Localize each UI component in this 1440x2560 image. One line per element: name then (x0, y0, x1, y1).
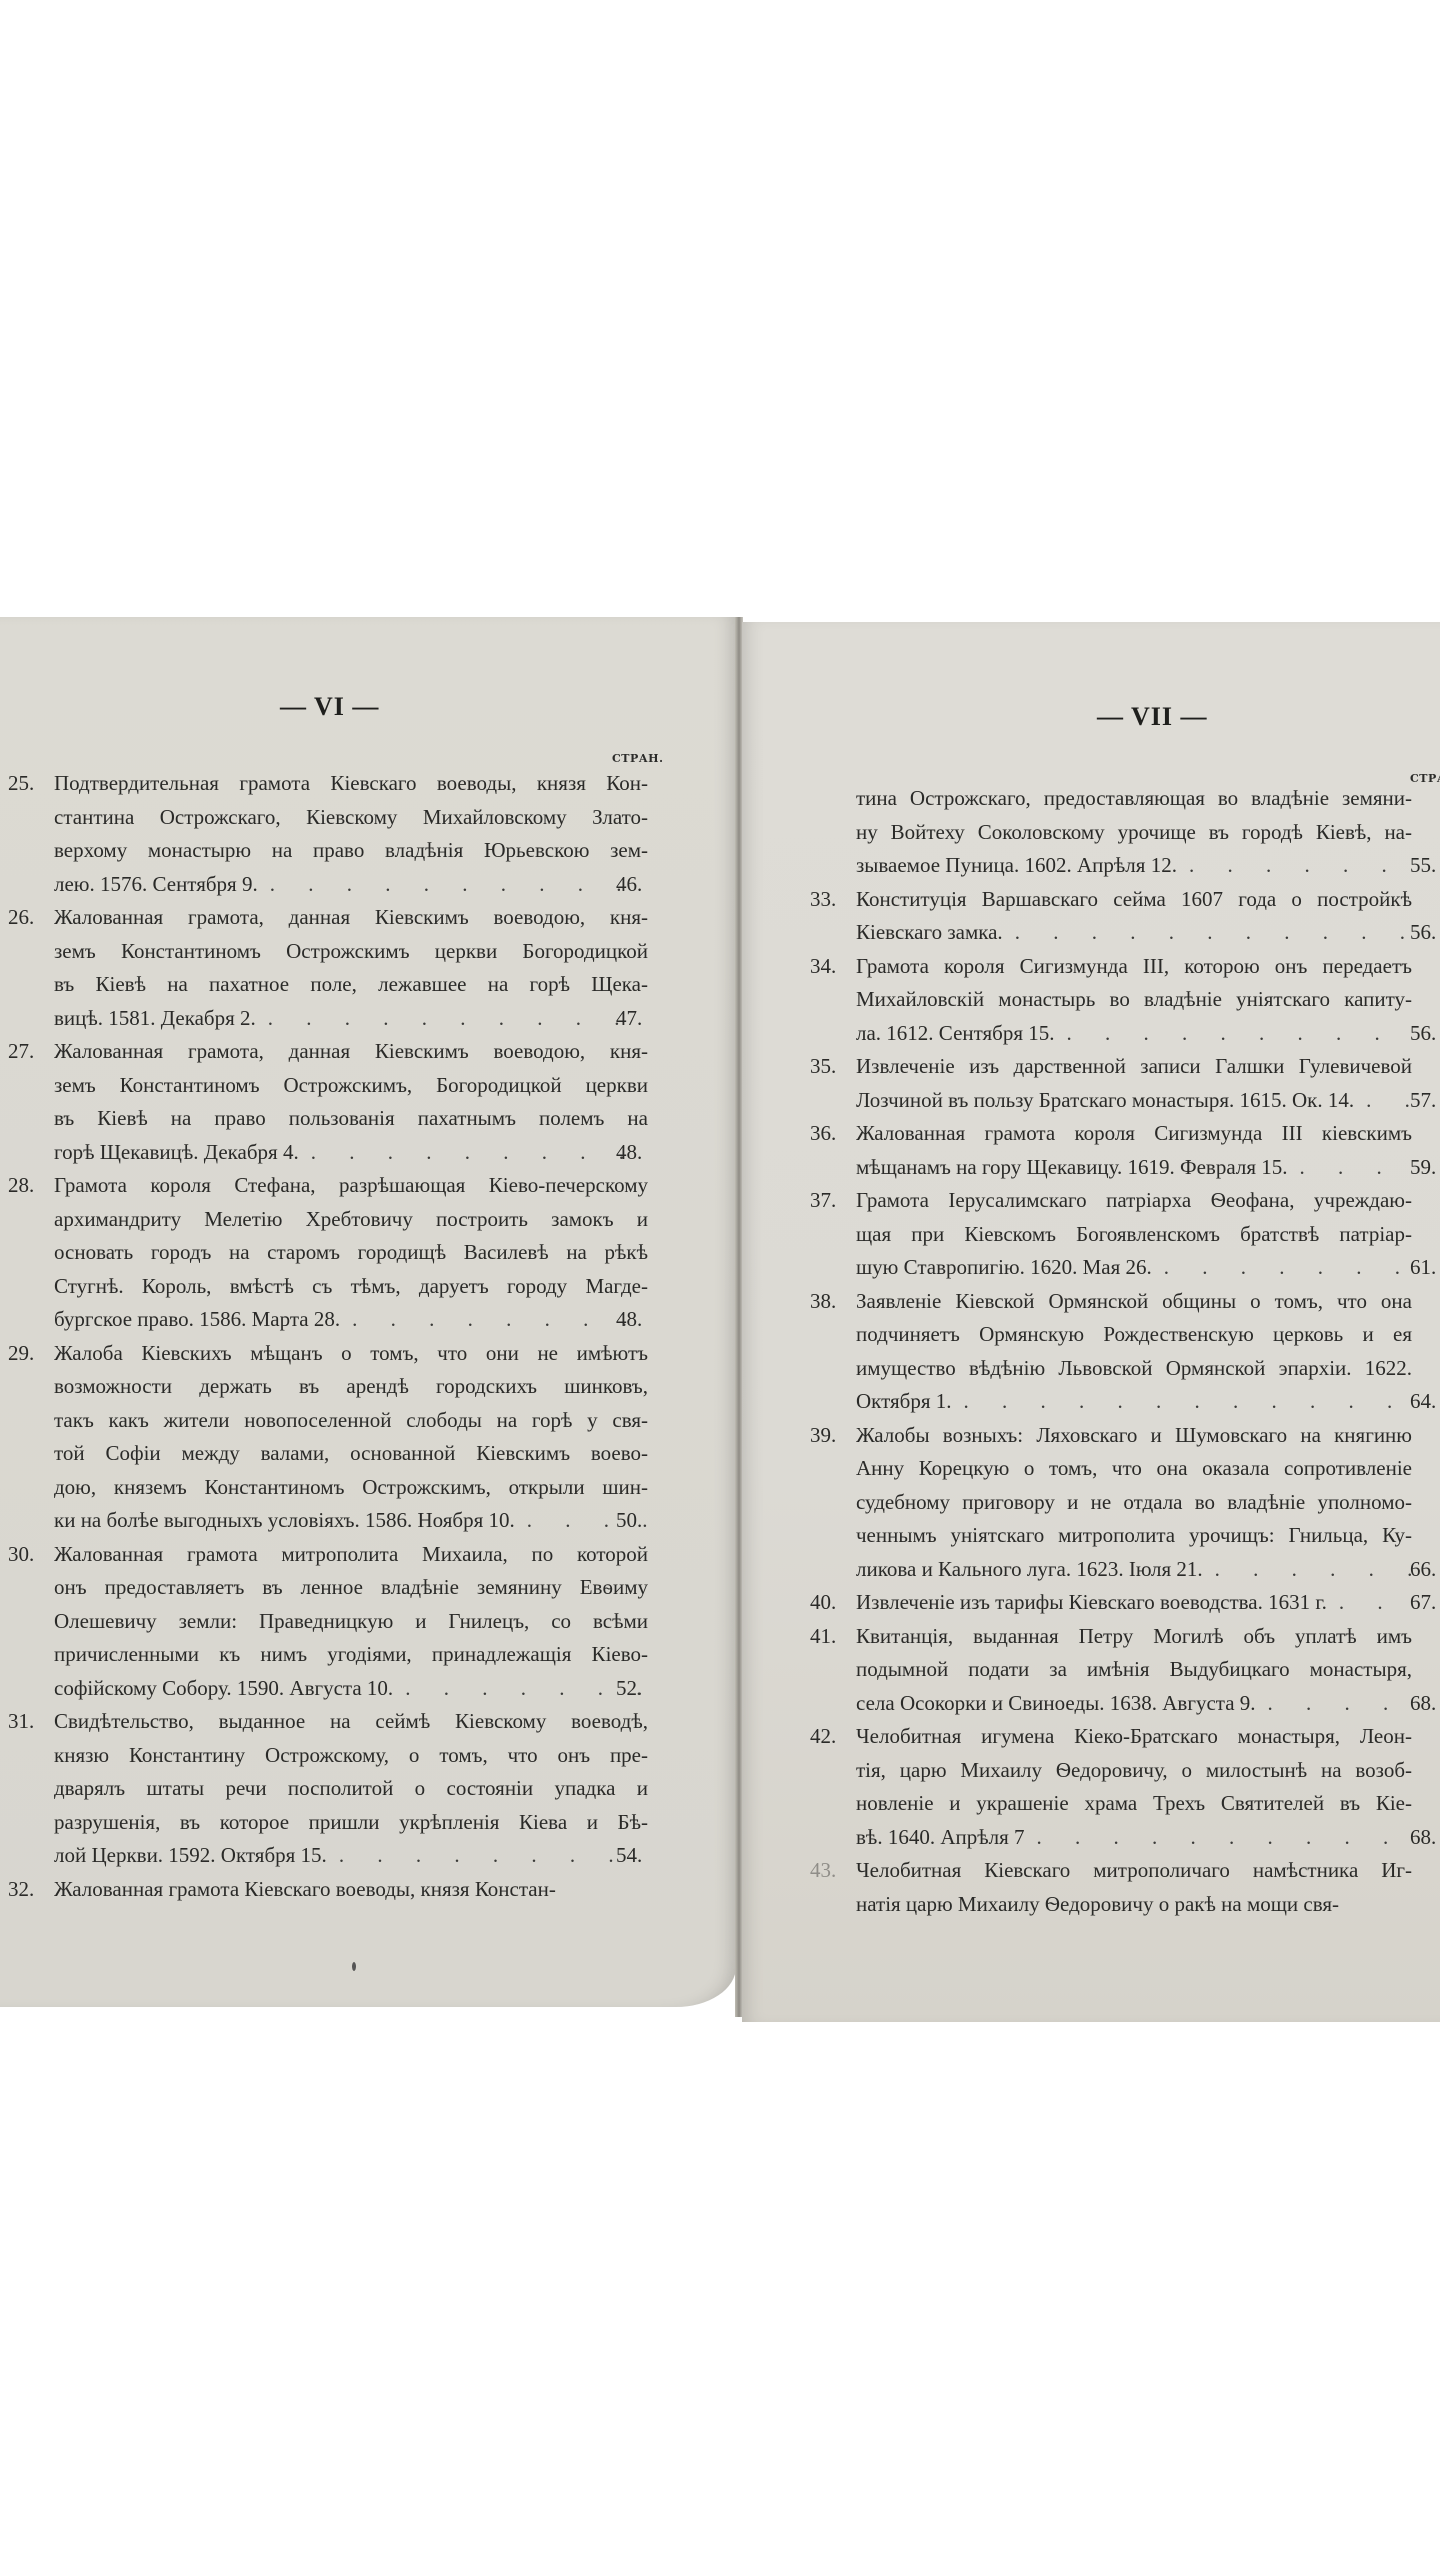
running-head: — VII — (1097, 702, 1208, 732)
entry-line: горѣ Щекавицѣ. Декабря 4.. . . . . . . .… (54, 1136, 648, 1170)
right-page: — VII — СТРАН. 55.тина Острожскаго, пред… (742, 622, 1440, 2022)
entry-line: причисленными къ нимъ угодіями, принадле… (54, 1638, 648, 1672)
entry-line: Грамота короля Сигизмунда III, которою о… (856, 950, 1412, 984)
dot-leader: . . . . . . . . . . . . . . . . . . . . … (952, 1385, 1413, 1419)
entry-line: Извлеченіе изъ дарственной записи Галшки… (856, 1050, 1412, 1084)
running-head: — VI — (280, 692, 379, 722)
toc-entry: 32.Жалованная грамота Кіевскаго воеводы,… (8, 1873, 648, 1907)
toc-entries-left: 25.46.Подтвердительная грамота Кіевскаго… (8, 767, 648, 1906)
entry-line: зываемое Пуница. 1602. Апрѣля 12.. . . .… (856, 849, 1412, 883)
dot-leader: . . . . . . . . . . . . . . . . . . . . … (256, 1002, 648, 1036)
entry-line: Жалованная грамота, данная Кіевскимъ вое… (54, 1035, 648, 1069)
entry-line: подымной подати за имѣнія Выдубицкаго мо… (856, 1653, 1412, 1687)
page-number: 68. (1410, 1821, 1436, 1855)
entry-line: ки на болѣе выгодныхъ условіяхъ. 1586. Н… (54, 1504, 648, 1538)
toc-entry: 29.50.Жалоба Кіевскихъ мѣщанъ о томъ, чт… (8, 1337, 648, 1538)
entry-line: Анну Корецкую о томъ, что она оказала со… (856, 1452, 1412, 1486)
entry-line: архимандриту Мелетію Хребтовичу построит… (54, 1203, 648, 1237)
entry-line: разрушенія, въ которое пришли укрѣпленія… (54, 1806, 648, 1840)
entry-number: 41. (810, 1620, 836, 1654)
page-number: 67. (1410, 1586, 1436, 1620)
toc-entry: 25.46.Подтвердительная грамота Кіевскаго… (8, 767, 648, 901)
page-number: 59. (1410, 1151, 1436, 1185)
column-head-pages: СТРАН. (1410, 772, 1440, 785)
entry-number: 39. (810, 1419, 836, 1453)
toc-entry: 42.68.Челобитная игумена Кіеко-Братскаго… (810, 1720, 1412, 1854)
entry-line: Грамота короля Стефана, разрѣшающая Кіев… (54, 1169, 648, 1203)
toc-entry: 28.48.Грамота короля Стефана, разрѣшающа… (8, 1169, 648, 1337)
toc-entry: 41.68.Квитанція, выданная Петру Могилѣ о… (810, 1620, 1412, 1721)
entry-line: Октября 1.. . . . . . . . . . . . . . . … (856, 1385, 1412, 1419)
entry-line: лею. 1576. Сентября 9.. . . . . . . . . … (54, 868, 648, 902)
column-head-pages: СТРАН. (612, 752, 663, 765)
dot-leader: . . . . . . . . . . . . . . . . . . . . … (1256, 1687, 1412, 1721)
entry-line: Челобитная игумена Кіеко-Братскаго монас… (856, 1720, 1412, 1754)
entry-number: 31. (8, 1705, 34, 1739)
entry-line: Кіевскаго замка.. . . . . . . . . . . . … (856, 916, 1412, 950)
entry-line: въ Кіевѣ на право пользованія пахатнымъ … (54, 1102, 648, 1136)
entry-line: ликова и Кального луга. 1623. Іюля 21.. … (856, 1553, 1412, 1587)
entry-line: земъ Константиномъ Острожскимъ церкви Бо… (54, 935, 648, 969)
entry-line: въ Кіевѣ на пахатное поле, лежавшее на г… (54, 968, 648, 1002)
entry-line: Свидѣтельство, выданное на сеймѣ Кіевско… (54, 1705, 648, 1739)
entry-line: имущество вѣдѣнію Львовской Ормянской эп… (856, 1352, 1412, 1386)
entry-line: возможности держать въ арендѣ городскихъ… (54, 1370, 648, 1404)
dot-leader: . . . . . . . . . . . . . . . . . . . . … (258, 868, 648, 902)
page-number: 56. (1410, 1017, 1436, 1051)
dot-leader: . . . . . . . . . . . . . . . . . . . . … (1152, 1251, 1412, 1285)
entry-line: вѣ. 1640. Апрѣля 7. . . . . . . . . . . … (856, 1821, 1412, 1855)
entry-line: Жалованная грамота, данная Кіевскимъ вое… (54, 901, 648, 935)
entry-number: 35. (810, 1050, 836, 1084)
dot-leader: . . . . . . . . . . . . . . . . . . . . … (1354, 1084, 1412, 1118)
dot-leader: . . . . . . . . . . . . . . . . . . . . … (1177, 849, 1412, 883)
entry-line: Жалованная грамота короля Сигизмунда III… (856, 1117, 1412, 1151)
dot-leader: . . . . . . . . . . . . . . . . . . . . … (1203, 1553, 1412, 1587)
entry-line: Извлеченіе изъ тарифы Кіевскаго воеводст… (856, 1586, 1412, 1620)
entry-number: 25. (8, 767, 34, 801)
toc-entry: 36.59.Жалованная грамота короля Сигизмун… (810, 1117, 1412, 1184)
entry-number: 28. (8, 1169, 34, 1203)
entry-number: 32. (8, 1873, 34, 1907)
entry-line: земъ Константиномъ Острожскимъ, Богороди… (54, 1069, 648, 1103)
entry-number: 40. (810, 1586, 836, 1620)
toc-entry: 38.64.Заявленіе Кіевской Ормянской общин… (810, 1285, 1412, 1419)
entry-line: тія, царю Михаилу Ѳедоровичу, о милостын… (856, 1754, 1412, 1788)
entry-number: 42. (810, 1720, 836, 1754)
entry-line: натія царю Михаилу Ѳедоровичу о ракѣ на … (856, 1888, 1412, 1922)
entry-line: шую Ставропигію. 1620. Мая 26.. . . . . … (856, 1251, 1412, 1285)
entry-number: 36. (810, 1117, 836, 1151)
dot-leader: . . . . . . . . . . . . . . . . . . . . … (1025, 1821, 1412, 1855)
page-number: 57. (1410, 1084, 1436, 1118)
toc-entry: 43.Челобитная Кіевскаго митрополичаго на… (810, 1854, 1412, 1921)
entry-line: Жалованная грамота Кіевскаго воеводы, кн… (54, 1873, 648, 1907)
entry-line: верхому монастырю на право владѣнія Юрье… (54, 834, 648, 868)
entry-line: Квитанція, выданная Петру Могилѣ объ упл… (856, 1620, 1412, 1654)
toc-entry: 33.56.Конституція Варшавскаго сейма 1607… (810, 883, 1412, 950)
entry-line: той Софіи между валами, основанной Кіевс… (54, 1437, 648, 1471)
toc-entry: 39.66.Жалобы возныхъ: Ляховскаго и Шумов… (810, 1419, 1412, 1587)
entry-number: 33. (810, 883, 836, 917)
entry-line: стантина Острожскаго, Кіевскому Михайлов… (54, 801, 648, 835)
entry-line: села Осокорки и Свиноеды. 1638. Августа … (856, 1687, 1412, 1721)
entry-line: ченнымъ уніятскаго митрополита урочищъ: … (856, 1519, 1412, 1553)
entry-line: новленіе и украшеніе храма Трехъ Святите… (856, 1787, 1412, 1821)
page-number: 64. (1410, 1385, 1436, 1419)
toc-entry: 30.52.Жалованная грамота митрополита Мих… (8, 1538, 648, 1706)
entry-line: Челобитная Кіевскаго митрополичаго намѣс… (856, 1854, 1412, 1888)
toc-entry: 40.67.Извлеченіе изъ тарифы Кіевскаго во… (810, 1586, 1412, 1620)
entry-line: такъ какъ жители новопоселенной слободы … (54, 1404, 648, 1438)
entry-number: 34. (810, 950, 836, 984)
left-page: — VI — СТРАН. 25.46.Подтвердительная гра… (0, 617, 736, 2007)
entry-line: дварялъ штаты речи посполитой о состояні… (54, 1772, 648, 1806)
dot-leader: . . . . . . . . . . . . . . . . . . . . … (299, 1136, 648, 1170)
page-number: 66. (1410, 1553, 1436, 1587)
entry-line: Грамота Іерусалимскаго патріарха Ѳеофана… (856, 1184, 1412, 1218)
entry-number: 38. (810, 1285, 836, 1319)
entry-line: бургское право. 1586. Марта 28.. . . . .… (54, 1303, 648, 1337)
dot-leader: . . . . . . . . . . . . . . . . . . . . … (340, 1303, 648, 1337)
entry-line: Лозчиной въ пользу Братскаго монастыря. … (856, 1084, 1412, 1118)
entry-number: 30. (8, 1538, 34, 1572)
entry-line: Стугнѣ. Король, вмѣстѣ съ тѣмъ, даруетъ … (54, 1270, 648, 1304)
entry-line: мѣщанамъ на гору Щекавицу. 1619. Февраля… (856, 1151, 1412, 1185)
toc-entry: 37.61.Грамота Іерусалимскаго патріарха Ѳ… (810, 1184, 1412, 1285)
entry-line: Заявленіе Кіевской Ормянской общины о то… (856, 1285, 1412, 1319)
page-number: 61. (1410, 1251, 1436, 1285)
entry-line: тина Острожскаго, предоставляющая во вла… (856, 782, 1412, 816)
toc-entry: 34.56.Грамота короля Сигизмунда III, кот… (810, 950, 1412, 1051)
entry-number: 37. (810, 1184, 836, 1218)
entry-number: 29. (8, 1337, 34, 1371)
dot-leader: . . . . . . . . . . . . . . . . . . . . … (1287, 1151, 1412, 1185)
entry-line: софійскому Собору. 1590. Августа 10.. . … (54, 1672, 648, 1706)
dot-leader: . . . . . . . . . . . . . . . . . . . . … (327, 1839, 648, 1873)
toc-entries-right: 55.тина Острожскаго, предоставляющая во … (810, 782, 1412, 1921)
entry-line: онъ предоставляетъ въ ленное владѣніе зе… (54, 1571, 648, 1605)
page-number: 55. (1410, 849, 1436, 883)
toc-entry: 26.47.Жалованная грамота, данная Кіевски… (8, 901, 648, 1035)
toc-entry: 27.48.Жалованная грамота, данная Кіевски… (8, 1035, 648, 1169)
entry-line: Олешевичу земли: Праведницкую и Гнилецъ,… (54, 1605, 648, 1639)
entry-number: 27. (8, 1035, 34, 1069)
entry-line: Михайловскій монастырь во владѣніе уніят… (856, 983, 1412, 1017)
entry-number: 43. (810, 1854, 836, 1888)
entry-line: основать городъ на старомъ городищѣ Васи… (54, 1236, 648, 1270)
toc-entry: 31.54.Свидѣтельство, выданное на сеймѣ К… (8, 1705, 648, 1873)
entry-line: Конституція Варшавскаго сейма 1607 года … (856, 883, 1412, 917)
dot-leader: . . . . . . . . . . . . . . . . . . . . … (1003, 916, 1412, 950)
toc-entry: 35.57.Извлеченіе изъ дарственной записи … (810, 1050, 1412, 1117)
dot-leader: . . . . . . . . . . . . . . . . . . . . … (1055, 1017, 1412, 1051)
entry-line: лой Церкви. 1592. Октября 15.. . . . . .… (54, 1839, 648, 1873)
entry-line: Жалоба Кіевскихъ мѣщанъ о томъ, что они … (54, 1337, 648, 1371)
entry-line: князю Константину Острожскому, о томъ, ч… (54, 1739, 648, 1773)
dot-leader: . . . . . . . . . . . . . . . . . . . . … (393, 1672, 648, 1706)
entry-line: ла. 1612. Сентября 15.. . . . . . . . . … (856, 1017, 1412, 1051)
entry-line: вицѣ. 1581. Декабря 2.. . . . . . . . . … (54, 1002, 648, 1036)
entry-line: дою, княземъ Константиномъ Острожскимъ, … (54, 1471, 648, 1505)
page-number: 68. (1410, 1687, 1436, 1721)
entry-line: Жалованная грамота митрополита Михаила, … (54, 1538, 648, 1572)
entry-line: судебному приговору и не отдала во владѣ… (856, 1486, 1412, 1520)
dot-leader: . . . . . . . . . . . . . . . . . . . . … (515, 1504, 648, 1538)
entry-line: Подтвердительная грамота Кіевскаго воево… (54, 767, 648, 801)
toc-entry: 55.тина Острожскаго, предоставляющая во … (810, 782, 1412, 883)
entry-line: подчиняетъ Ормянскую Рождественскую церк… (856, 1318, 1412, 1352)
entry-line: ну Войтеху Соколовскому урочище въ город… (856, 816, 1412, 850)
paper-speck (352, 1962, 356, 1971)
entry-line: щая при Кіевскомъ Богоявленскомъ братств… (856, 1218, 1412, 1252)
entry-number: 26. (8, 901, 34, 935)
entry-line: Жалобы возныхъ: Ляховскаго и Шумовскаго … (856, 1419, 1412, 1453)
page-number: 56. (1410, 916, 1436, 950)
dot-leader: . . . . . . . . . . . . . . . . . . . . … (1327, 1586, 1412, 1620)
